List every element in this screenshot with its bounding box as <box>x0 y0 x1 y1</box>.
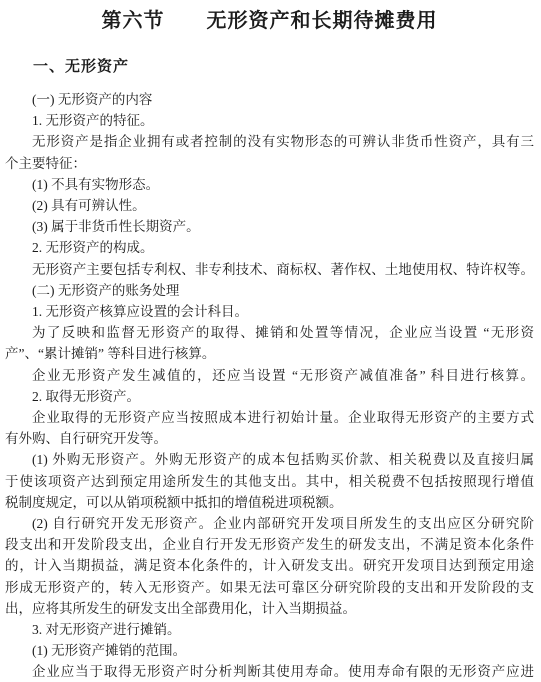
section-heading: 一、无形资产 <box>5 57 534 77</box>
text-line: 无形资产主要包括专利权、非专利技术、商标权、著作权、土地使用权、特许权等。 <box>5 259 534 280</box>
text-line: (1) 不具有实物形态。 <box>5 174 534 195</box>
text-line: (1) 外购无形资产。外购无形资产的成本包括购买价款、相关税费以及直接归属 <box>5 449 534 470</box>
text-line: 出，应将其所发生的研发支出全部费用化，计入当期损益。 <box>5 598 534 619</box>
text-line: 企业无形资产发生减值的，还应当设置 “无形资产减值准备” 科目进行核算。 <box>5 365 534 386</box>
text-line: 无形资产是指企业拥有或者控制的没有实物形态的可辨认非货币性资产，具有三 <box>5 131 534 152</box>
text-line: 段支出和开发阶段支出，企业自行开发无形资产发生的研发支出，不满足资本化条件 <box>5 534 534 555</box>
text-line: 于使该项资产达到预定用途所发生的其他支出。其中，相关税费不包括按照现行增值 <box>5 471 534 492</box>
text-line: 1. 无形资产核算应设置的会计科目。 <box>5 301 534 322</box>
text-line: 形成无形资产的，转入无形资产。如果无法可靠区分研究阶段的支出和开发阶段的支 <box>5 577 534 598</box>
text-line: 企业取得的无形资产应当按照成本进行初始计量。企业取得无形资产的主要方式 <box>5 407 534 428</box>
text-line: 1. 无形资产的特征。 <box>5 110 534 131</box>
text-line: 为了反映和监督无形资产的取得、摊销和处置等情况，企业应当设置 “无形资 <box>5 322 534 343</box>
text-line: 的，计入当期损益，满足资本化条件的，计入研发支出。研究开发项目达到预定用途 <box>5 555 534 576</box>
text-line: (1) 无形资产摊销的范围。 <box>5 640 534 661</box>
text-line: (3) 属于非货币性长期资产。 <box>5 216 534 237</box>
text-line: 2. 取得无形资产。 <box>5 386 534 407</box>
page-title: 第六节 无形资产和长期待摊费用 <box>5 8 534 34</box>
text-line: 2. 无形资产的构成。 <box>5 237 534 258</box>
text-line: 税制度规定，可以从销项税额中抵扣的增值税进项税额。 <box>5 492 534 513</box>
text-line: 个主要特征： <box>5 153 534 174</box>
text-line: 产”、“累计摊销” 等科目进行核算。 <box>5 343 534 364</box>
text-line: (二) 无形资产的账务处理 <box>5 280 534 301</box>
text-line: (2) 具有可辨认性。 <box>5 195 534 216</box>
text-line: 3. 对无形资产进行摊销。 <box>5 619 534 640</box>
text-line: 有外购、自行研究开发等。 <box>5 428 534 449</box>
text-line: 企业应当于取得无形资产时分析判断其使用寿命。使用寿命有限的无形资产应进 <box>5 661 534 682</box>
text-line: (2) 自行研究开发无形资产。企业内部研究开发项目所发生的支出应区分研究阶 <box>5 513 534 534</box>
document-page: 第六节 无形资产和长期待摊费用 一、无形资产 (一) 无形资产的内容 1. 无形… <box>0 0 541 682</box>
text-line: (一) 无形资产的内容 <box>5 89 534 110</box>
